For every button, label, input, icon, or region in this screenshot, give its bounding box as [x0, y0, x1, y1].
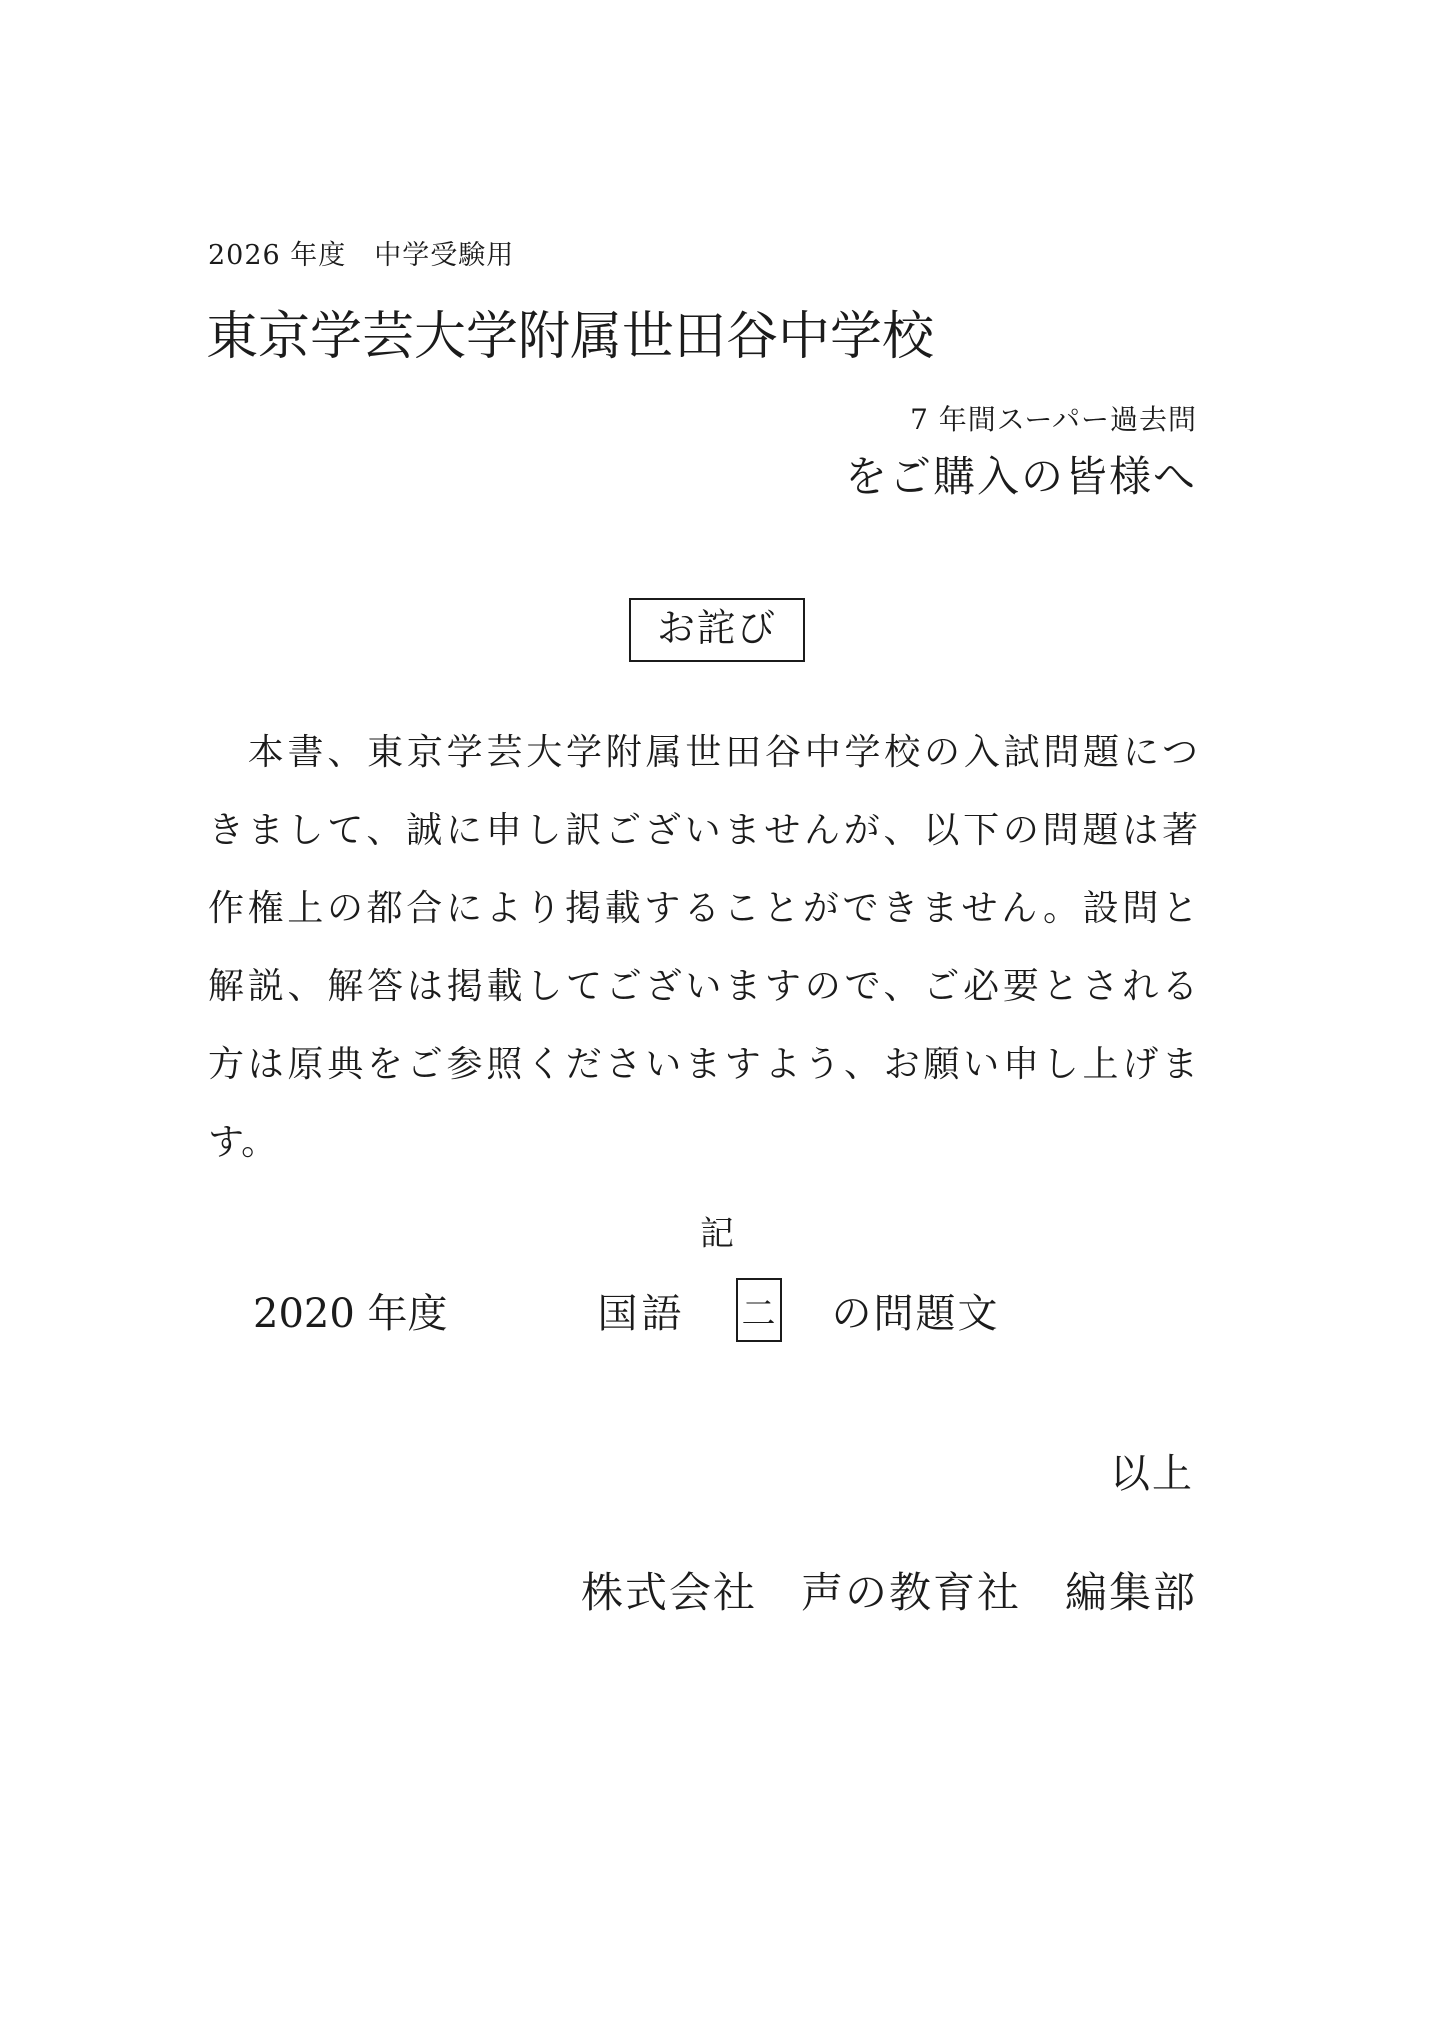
body-line: 本書、東京学芸大学附属世田谷中学校の入試問題につ — [208, 714, 1198, 792]
body-line: す。 — [208, 1104, 1198, 1182]
body-line: 作権上の都合により掲載することができません。設問と — [208, 870, 1198, 948]
edition-note: 2026 年度 中学受験用 — [208, 233, 514, 272]
audience-note: をご購入の皆様へ — [845, 444, 1197, 504]
reference-number: 二 — [742, 1286, 776, 1335]
reference-year: 2020 年度 — [253, 1282, 448, 1339]
body-line: きまして、誠に申し訳ございませんが、以下の問題は著 — [208, 792, 1198, 870]
apology-body: 本書、東京学芸大学附属世田谷中学校の入試問題につ きまして、誠に申し訳ございませ… — [208, 714, 1198, 1182]
series-note: 7 年間スーパー過去問 — [910, 398, 1197, 438]
reference-subject: 国語 — [598, 1282, 686, 1339]
body-line: 方は原典をご参照くださいますよう、お願い申し上げま — [208, 1026, 1198, 1104]
reference-suffix: の問題文 — [832, 1282, 1000, 1339]
closing-text: 以上 — [1110, 1442, 1194, 1499]
apology-title-box: お詫び — [629, 598, 805, 662]
reference-item: 2020 年度 国語 二 の問題文 — [253, 1272, 1000, 1348]
apology-notice-page: 2026 年度 中学受験用 東京学芸大学附属世田谷中学校 7 年間スーパー過去問… — [0, 0, 1434, 2024]
reference-number-box: 二 — [736, 1278, 782, 1342]
school-title: 東京学芸大学附属世田谷中学校 — [206, 294, 934, 369]
body-line: 解説、解答は掲載してございますので、ご必要とされる — [208, 948, 1198, 1026]
publisher-signature: 株式会社 声の教育社 編集部 — [581, 1560, 1197, 1620]
reference-heading: 記 — [700, 1206, 734, 1255]
apology-title: お詫び — [657, 606, 777, 650]
